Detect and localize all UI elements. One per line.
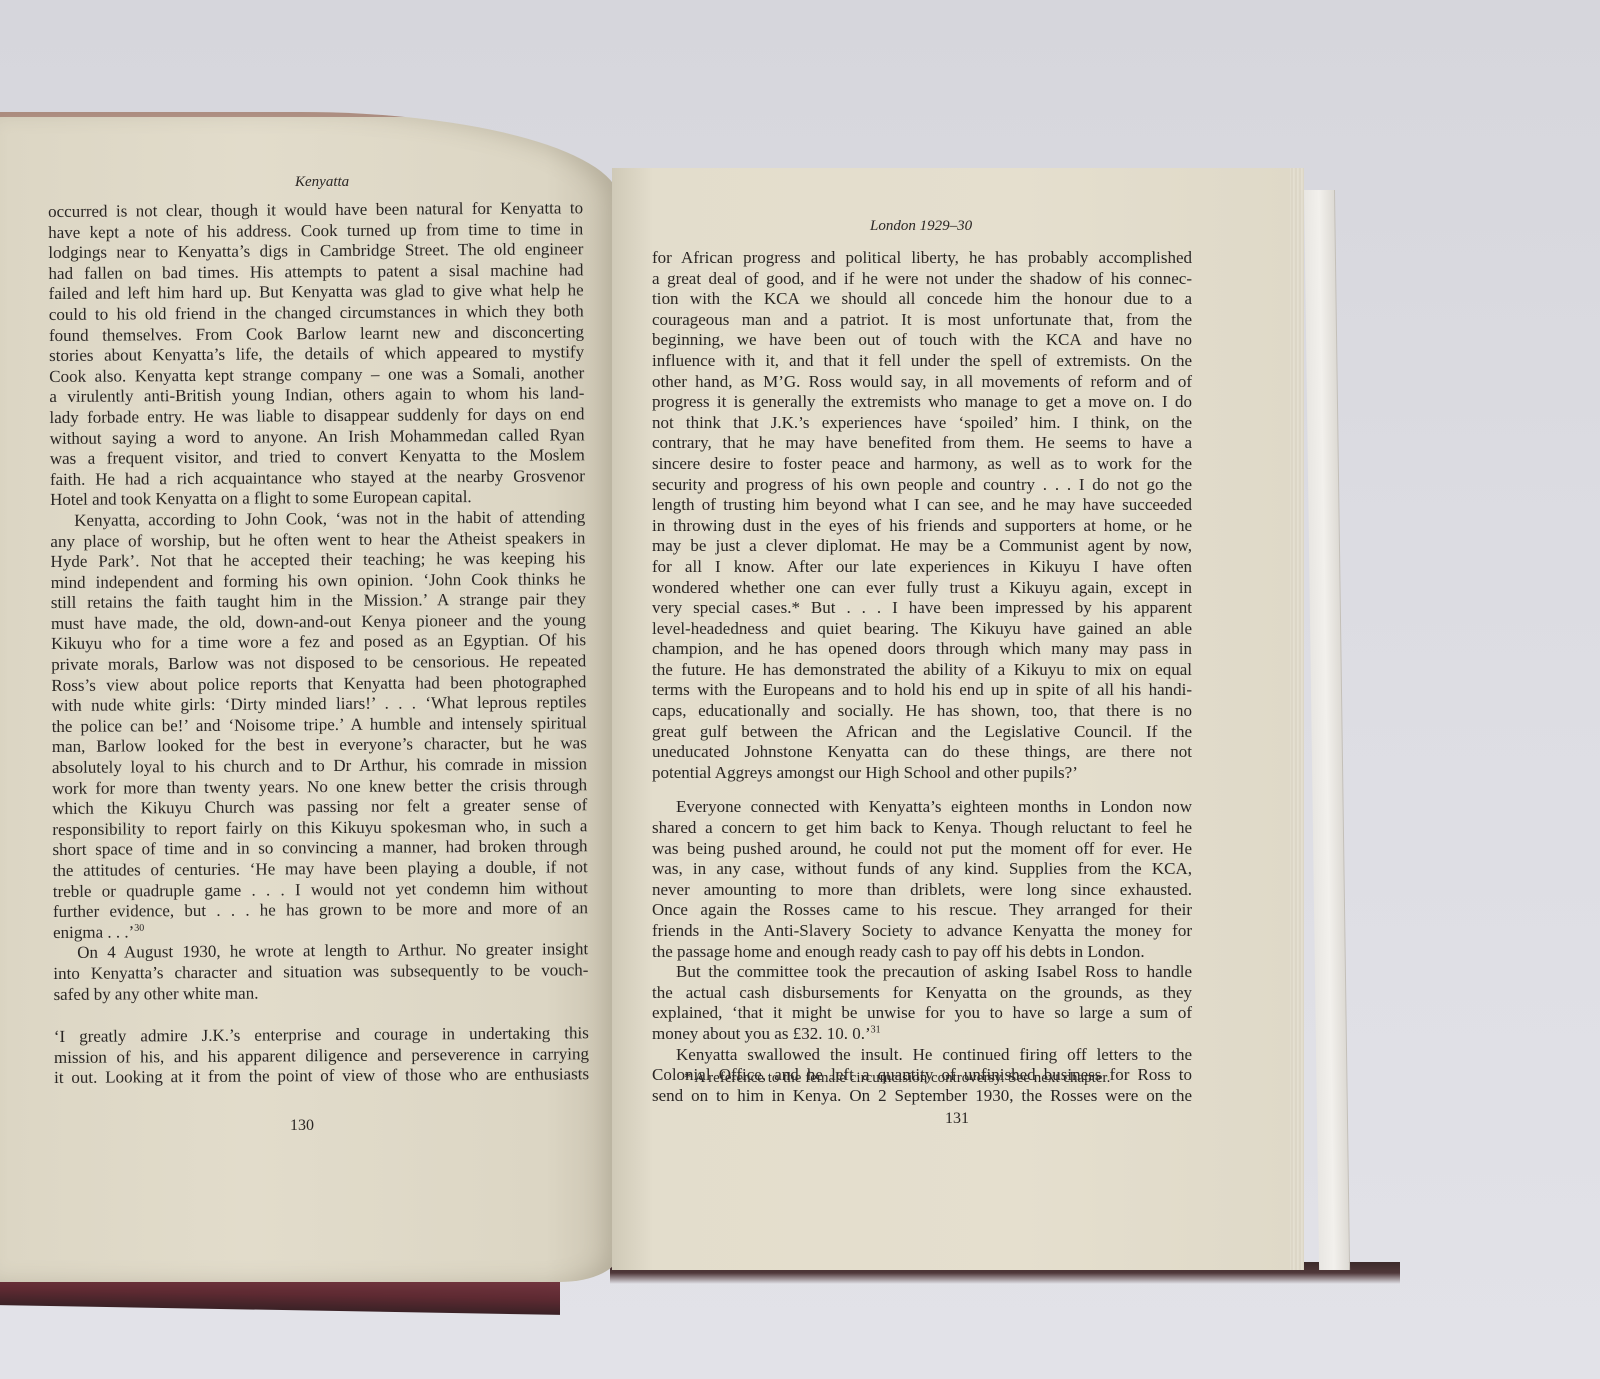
right-page: London 1929–30 for African progress and …: [612, 168, 1292, 1270]
text-fragment: enigma . . .’: [53, 922, 134, 942]
footnote-ref-31: 31: [871, 1024, 881, 1035]
left-page: Kenyatta occurred is not clear, though i…: [0, 112, 620, 1282]
text-line: the future. He has demonstrated the abil…: [652, 660, 1192, 681]
text-line: security and progress of his own people …: [652, 475, 1192, 496]
text-line: potential Aggreys amongst our High Schoo…: [652, 763, 1192, 784]
running-head-left: Kenyatta: [295, 174, 349, 191]
footnote-ref-30: 30: [134, 922, 144, 933]
text-line: send on to him in Kenya. On 2 September …: [652, 1086, 1192, 1107]
text-line: Everyone connected with Kenyatta’s eight…: [652, 797, 1192, 818]
text-line: very special cases.* But . . . I have be…: [652, 598, 1192, 619]
running-head-right: London 1929–30: [870, 218, 972, 235]
text-line: further evidence, but . . . he has grown…: [53, 898, 588, 922]
text-line: beginning, we have been out of touch wit…: [652, 330, 1192, 351]
text-line: other hand, as M’G. Ross would say, in a…: [652, 372, 1192, 393]
page-number-right: 131: [945, 1110, 969, 1128]
text-line: great gulf between the African and the L…: [652, 722, 1192, 743]
spacer: [652, 783, 1192, 797]
left-page-body: occurred is not clear, though it would h…: [48, 198, 589, 1089]
text-line: influence with it, and that it fell unde…: [652, 351, 1192, 372]
text-fragment: money about you as £32. 10. 0.’: [652, 1024, 871, 1043]
text-line: may be just a clever diplomat. He may be…: [652, 536, 1192, 557]
page-edges: [1290, 168, 1304, 1270]
text-line: for African progress and political liber…: [652, 248, 1192, 269]
text-line: not think that J.K.’s experiences have ‘…: [652, 413, 1192, 434]
text-line: terms with the Europeans and to hold his…: [652, 680, 1192, 701]
book-board-edge: [1304, 190, 1350, 1270]
text-line: level-headedness and quiet bearing. The …: [652, 619, 1192, 640]
text-line: Once again the Rosses came to his rescue…: [652, 900, 1192, 921]
text-line: explained, ‘that it might be unwise for …: [652, 1003, 1192, 1024]
text-line: shared a concern to get him back to Keny…: [652, 818, 1192, 839]
text-line: champion, and he has opened doors throug…: [652, 639, 1192, 660]
text-line: But the committee took the precaution of…: [652, 962, 1192, 983]
text-line: uneducated Johnstone Kenyatta can do the…: [652, 742, 1192, 763]
text-line: caps, educationally and socially. He has…: [652, 701, 1192, 722]
text-line: the actual cash disbursements for Kenyat…: [652, 983, 1192, 1004]
text-line: progress it is generally the extremists …: [652, 392, 1192, 413]
text-line: in throwing dust in the eyes of his frie…: [652, 516, 1192, 537]
text-line: never amounting to more than driblets, w…: [652, 880, 1192, 901]
text-line: a great deal of good, and if he were not…: [652, 269, 1192, 290]
text-line: was, in any case, without funds of any k…: [652, 859, 1192, 880]
text-line: Kenyatta swallowed the insult. He contin…: [652, 1045, 1192, 1066]
text-line: it out. Looking at it from the point of …: [54, 1065, 589, 1089]
text-line: faith. He had a rich acquaintance who st…: [50, 466, 585, 490]
right-page-body: for African progress and political liber…: [652, 248, 1192, 1106]
text-line: the passage home and enough ready cash t…: [652, 942, 1192, 963]
text-line: contrary, that he may have benefited fro…: [652, 433, 1192, 454]
text-line: wondered whether one can ever fully trus…: [652, 578, 1192, 599]
text-line: friends in the Anti-Slavery Society to a…: [652, 921, 1192, 942]
footnote: * A reference to the female circumcision…: [684, 1070, 1110, 1087]
text-line: sincere desire to foster peace and harmo…: [652, 454, 1192, 475]
text-line: length of trusting him beyond what I can…: [652, 495, 1192, 516]
page-number-left: 130: [290, 1117, 314, 1135]
text-line: was being pushed around, he could not pu…: [652, 839, 1192, 860]
text-line: into Kenyatta’s character and situation …: [53, 960, 588, 984]
text-line: tion with the KCA we should all concede …: [652, 289, 1192, 310]
text-line: courageous man and a patriot. It is most…: [652, 310, 1192, 331]
text-line: for all I know. After our late experienc…: [652, 557, 1192, 578]
text-line: money about you as £32. 10. 0.’31: [652, 1024, 1192, 1045]
